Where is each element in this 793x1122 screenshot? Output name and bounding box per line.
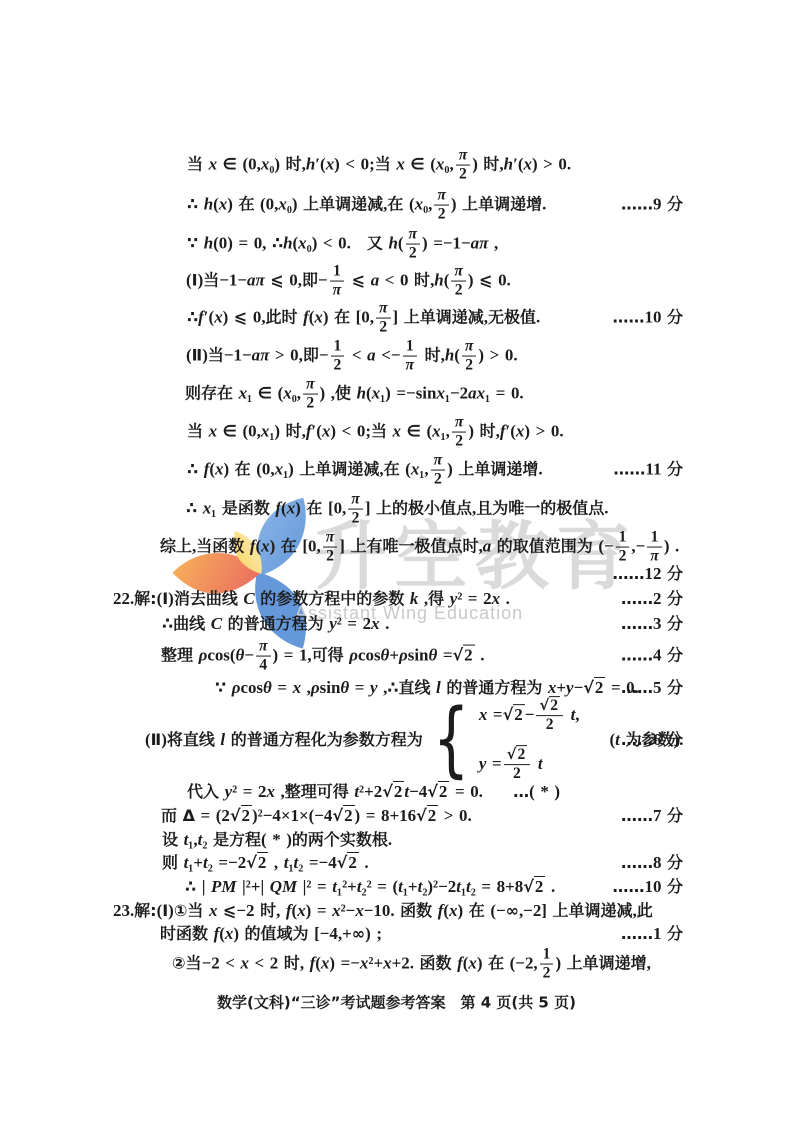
line-22-result: ∴ | PM |²+| QM |² = t₁²+t₂² = (t₁+t₂)²−2… bbox=[185, 876, 683, 898]
line-content: 当 x ∈ (0,x₁) 时,f′(x) < 0;当 x ∈ (x₁,π2) 时… bbox=[187, 422, 564, 441]
page-footer: 数学(文科)“三诊”考试题参考答案 第 4 页(共 5 页) bbox=[0, 992, 793, 1013]
line-content: ∴ h(x) 在 (0,x₀) 上单调递减,在 (x₀,π2) 上单调递增. bbox=[187, 195, 546, 214]
line-content: ∴ | PM |²+| QM |² = t₁²+t₂² = (t₁+t₂)²−2… bbox=[185, 877, 555, 896]
line-23-start: 23.解:(Ⅰ)①当 x ⩽−2 时, f(x) = x²−x−10. 函数 f… bbox=[113, 900, 683, 922]
line-content: 综上,当函数 f(x) 在 [0,π2] 上有唯一极值点时,a 的取值范围为 (… bbox=[160, 537, 679, 556]
score-marker: ……3 分 bbox=[621, 613, 683, 635]
cases-lead-text: (Ⅱ)将直线 l 的普通方程化为参数方程为 bbox=[145, 729, 423, 751]
line-content: 而 Δ = (2√2)²−4×1×(−4√2) = 8+16√2 > 0. bbox=[161, 806, 472, 825]
line-22-delta: 而 Δ = (2√2)²−4×1×(−4√2) = 8+16√2 > 0.……7… bbox=[161, 805, 683, 827]
line-22-roots: 设 t₁,t₂ 是方程( * )的两个实数根. bbox=[162, 829, 683, 851]
line-21-h0: ∵ h(0) = 0, ∴h(x₀) < 0. 又 h(π2) =−1−aπ , bbox=[187, 226, 683, 263]
line-21-interval-x0: 当 x ∈ (0,x₀) 时,h′(x) < 0;当 x ∈ (x₀,π2) 时… bbox=[187, 147, 683, 184]
score-marker: ……10 分 bbox=[612, 876, 683, 898]
line-content: 整理 ρcos(θ−π4) = 1,可得 ρcosθ+ρsinθ =√2 . bbox=[161, 646, 484, 665]
line-22-vieta: 则 t₁+t₂ =−2√2 , t₁t₂ =−4√2 .……8 分 bbox=[162, 852, 683, 874]
line-content: (Ⅰ)当−1−aπ ⩽ 0,即−1π ⩽ a < 0 时,h(π2) ⩽ 0. bbox=[186, 271, 511, 290]
line-content: 则 t₁+t₂ =−2√2 , t₁t₂ =−4√2 . bbox=[162, 853, 369, 872]
line-21-monotone-f: ∴ f(x) 在 (0,x₁) 上单调递减,在 (x₁,π2) 上单调递增.……… bbox=[187, 452, 683, 489]
score-marker: ……4 分 bbox=[621, 645, 683, 667]
line-21-no-extremum: ∴f′(x) ⩽ 0,此时 f(x) 在 [0,π2] 上单调递减,无极值.……… bbox=[187, 300, 683, 337]
line-content: ∴曲线 C 的普通方程为 y² = 2x . bbox=[162, 614, 389, 633]
line-22-substitute: 代入 y² = 2x ,整理可得 t²+2√2t−4√2 = 0.…( * ) bbox=[187, 781, 683, 803]
line-content: ∵ ρcosθ = x ,ρsinθ = y ,∴直线 l 的普通方程为 x+y… bbox=[215, 678, 639, 697]
line-content: ∴ x₁ 是函数 f(x) 在 [0,π2] 上的极小值点,且为唯一的极值点. bbox=[186, 499, 609, 518]
answer-lines-container: 当 x ∈ (0,x₀) 时,h′(x) < 0;当 x ∈ (x₀,π2) 时… bbox=[0, 0, 793, 1122]
document-page: 升空教育 Assistant Wing Education 当 x ∈ (0,x… bbox=[0, 0, 793, 1122]
score-marker: ……2 分 bbox=[621, 588, 683, 610]
line-content: ∴ f(x) 在 (0,x₁) 上单调递减,在 (x₁,π2) 上单调递增. bbox=[187, 460, 543, 479]
line-23-range1: 时函数 f(x) 的值域为 [−4,+∞) ;……1 分 bbox=[160, 923, 683, 945]
line-content: (Ⅱ)当−1−aπ > 0,即−12 < a <−1π 时,h(π2) > 0. bbox=[186, 346, 518, 365]
score-marker: ……10 分 bbox=[612, 307, 683, 329]
score-marker: ……11 分 bbox=[613, 459, 683, 481]
line-21-case1: (Ⅰ)当−1−aπ ⩽ 0,即−1π ⩽ a < 0 时,h(π2) ⩽ 0. bbox=[186, 263, 683, 300]
score-marker: ……8 分 bbox=[621, 852, 683, 874]
line-21-conclusion: 综上,当函数 f(x) 在 [0,π2] 上有唯一极值点时,a 的取值范围为 (… bbox=[160, 529, 683, 566]
cases-equations: x =√2−√22 t,y =√22 t bbox=[479, 697, 580, 783]
cases-brace: { bbox=[433, 707, 470, 773]
score-marker: ……9 分 bbox=[621, 194, 683, 216]
line-content: 设 t₁,t₂ 是方程( * )的两个实数根. bbox=[162, 830, 392, 849]
score-marker: ……1 分 bbox=[621, 923, 683, 945]
cases-equation-row: y =√22 t bbox=[479, 746, 580, 783]
line-21-monotone-h: ∴ h(x) 在 (0,x₀) 上单调递减,在 (x₀,π2) 上单调递增.……… bbox=[187, 187, 683, 224]
line-content: 则存在 x₁ ∈ (x₀,π2) ,使 h(x₁) =−sinx₁−2ax₁ =… bbox=[185, 384, 524, 403]
line-22-curve-eq: ∴曲线 C 的普通方程为 y² = 2x .……3 分 bbox=[162, 613, 683, 635]
line-22-polar: 整理 ρcos(θ−π4) = 1,可得 ρcosθ+ρsinθ =√2 .……… bbox=[161, 638, 683, 675]
score-marker: ……5 分 bbox=[621, 677, 683, 699]
line-21-case2: (Ⅱ)当−1−aπ > 0,即−12 < a <−1π 时,h(π2) > 0. bbox=[186, 338, 683, 375]
score-marker: ……7 分 bbox=[621, 805, 683, 827]
line-21-interval-x1: 当 x ∈ (0,x₁) 时,f′(x) < 0;当 x ∈ (x₁,π2) 时… bbox=[187, 414, 683, 451]
score-marker: ……12 分 bbox=[612, 563, 683, 585]
line-21-min-point: ∴ x₁ 是函数 f(x) 在 [0,π2] 上的极小值点,且为唯一的极值点. bbox=[186, 491, 683, 528]
line-content: ②当−2 < x < 2 时, f(x) =−x²+x+2. 函数 f(x) 在… bbox=[172, 954, 651, 973]
line-23-case2: ②当−2 < x < 2 时, f(x) =−x²+x+2. 函数 f(x) 在… bbox=[172, 946, 683, 983]
score-marker: …( * ) bbox=[513, 781, 560, 803]
line-content: ∴f′(x) ⩽ 0,此时 f(x) 在 [0,π2] 上单调递减,无极值. bbox=[187, 308, 540, 327]
line-content: 23.解:(Ⅰ)①当 x ⩽−2 时, f(x) = x²−x−10. 函数 f… bbox=[113, 901, 653, 920]
line-content: 当 x ∈ (0,x₀) 时,h′(x) < 0;当 x ∈ (x₀,π2) 时… bbox=[187, 155, 571, 174]
line-22-parametric: (Ⅱ)将直线 l 的普通方程化为参数方程为{x =√2−√22 t,y =√22… bbox=[145, 697, 683, 783]
cases-equation-row: x =√2−√22 t, bbox=[479, 697, 580, 734]
score-marker: ……6 分 bbox=[621, 729, 683, 751]
line-content: 代入 y² = 2x ,整理可得 t²+2√2t−4√2 = 0. bbox=[187, 782, 483, 801]
line-content: ∵ h(0) = 0, ∴h(x₀) < 0. 又 h(π2) =−1−aπ , bbox=[187, 234, 498, 253]
line-22-start: 22.解:(Ⅰ)消去曲线 C 的参数方程中的参数 k ,得 y² = 2x .…… bbox=[113, 588, 683, 610]
line-content: 时函数 f(x) 的值域为 [−4,+∞) ; bbox=[160, 924, 382, 943]
line-21-exists-x1: 则存在 x₁ ∈ (x₀,π2) ,使 h(x₁) =−sinx₁−2ax₁ =… bbox=[185, 376, 683, 413]
line-content: 22.解:(Ⅰ)消去曲线 C 的参数方程中的参数 k ,得 y² = 2x . bbox=[113, 589, 510, 608]
